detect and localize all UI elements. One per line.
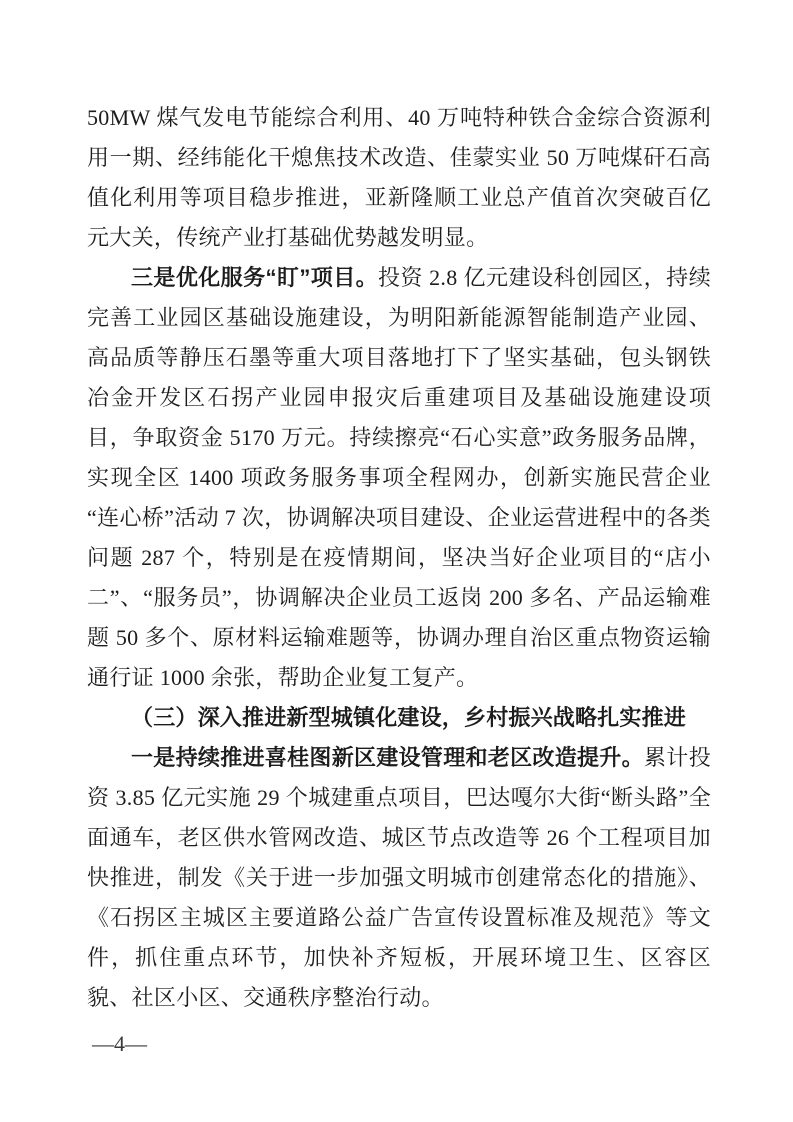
page-number: —4— [92,1030,147,1058]
emphasis-run: 三是优化服务“盯”项目。 [131,265,378,290]
emphasis-run: 一是持续推进喜桂图新区建设管理和老区改造提升。 [131,745,644,770]
text-run: 投资 2.8 亿元建设科创园区，持续完善工业园区基础设施建设，为明阳新能源智能制… [87,265,711,690]
section-heading: （三）深入推进新型城镇化建设，乡村振兴战略扎实推进 [87,698,711,738]
paragraph: 三是优化服务“盯”项目。投资 2.8 亿元建设科创园区，持续完善工业园区基础设施… [87,258,711,698]
text-run: 50MW 煤气发电节能综合利用、40 万吨特种铁合金综合资源利用一期、经纬能化干… [87,105,711,250]
paragraph: 50MW 煤气发电节能综合利用、40 万吨特种铁合金综合资源利用一期、经纬能化干… [87,98,711,258]
document-body: 50MW 煤气发电节能综合利用、40 万吨特种铁合金综合资源利用一期、经纬能化干… [87,98,711,1018]
paragraph: 一是持续推进喜桂图新区建设管理和老区改造提升。累计投资 3.85 亿元实施 29… [87,738,711,1018]
emphasis-run: （三）深入推进新型城镇化建设，乡村振兴战略扎实推进 [131,705,686,730]
text-run: 累计投资 3.85 亿元实施 29 个城建重点项目，巴达嘎尔大街“断头路”全面通… [87,745,711,1010]
document-page: 50MW 煤气发电节能综合利用、40 万吨特种铁合金综合资源利用一期、经纬能化干… [0,0,793,1122]
